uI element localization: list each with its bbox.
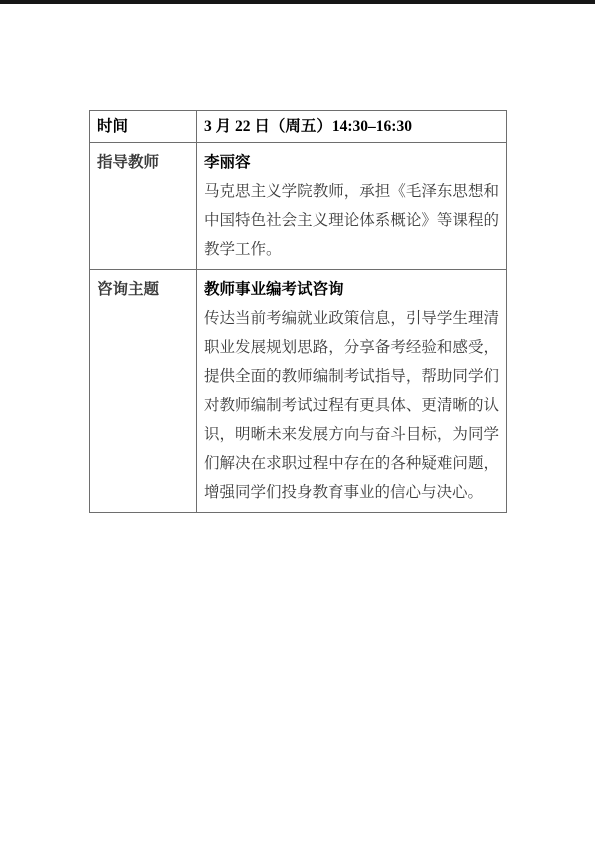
instructor-description: 马克思主义学院教师，承担《毛泽东思想和中国特色社会主义理论体系概论》等课程的教学… [204, 177, 499, 264]
instructor-content-cell: 李丽容 马克思主义学院教师，承担《毛泽东思想和中国特色社会主义理论体系概论》等课… [197, 143, 507, 270]
topic-title: 教师事业编考试咨询 [204, 275, 499, 304]
table-row-instructor: 指导教师 李丽容 马克思主义学院教师，承担《毛泽东思想和中国特色社会主义理论体系… [90, 143, 507, 270]
instructor-label-cell: 指导教师 [90, 143, 197, 270]
table-row-time: 时间 3 月 22 日（周五）14:30–16:30 [90, 111, 507, 143]
time-value-cell: 3 月 22 日（周五）14:30–16:30 [197, 111, 507, 143]
topic-description: 传达当前考编就业政策信息，引导学生理清职业发展规划思路，分享备考经验和感受，提供… [204, 304, 499, 507]
document-page: 时间 3 月 22 日（周五）14:30–16:30 指导教师 李丽容 马克思主… [0, 0, 595, 841]
page-top-edge-bar [0, 0, 595, 4]
time-label-cell: 时间 [90, 111, 197, 143]
instructor-name: 李丽容 [204, 148, 499, 177]
topic-content-cell: 教师事业编考试咨询 传达当前考编就业政策信息，引导学生理清职业发展规划思路，分享… [197, 270, 507, 513]
table-row-topic: 咨询主题 教师事业编考试咨询 传达当前考编就业政策信息，引导学生理清职业发展规划… [90, 270, 507, 513]
consultation-info-table: 时间 3 月 22 日（周五）14:30–16:30 指导教师 李丽容 马克思主… [89, 110, 507, 513]
topic-label-cell: 咨询主题 [90, 270, 197, 513]
